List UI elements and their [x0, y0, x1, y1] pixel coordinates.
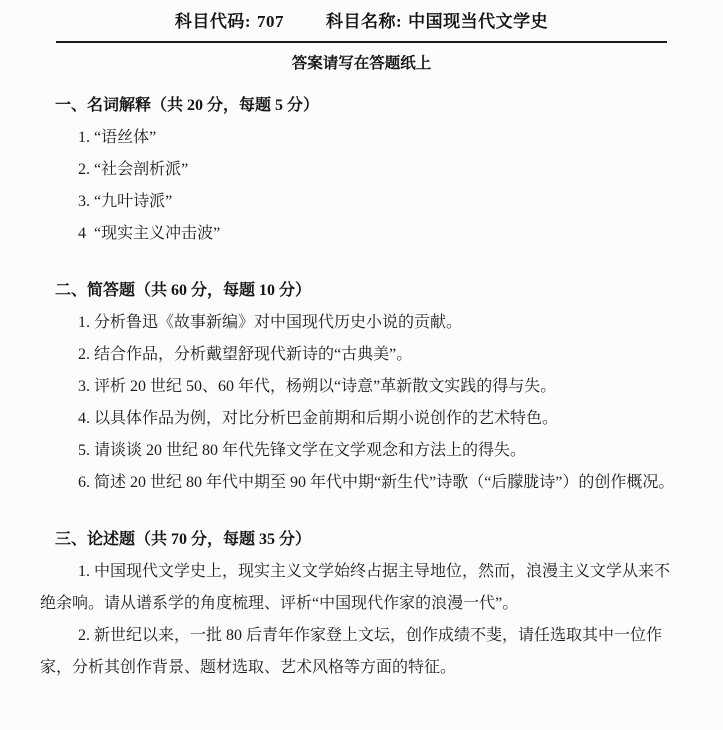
question-item: 1. 中国现代文学史上，现实主义文学始终占据主导地位，然而，浪漫主义文学从来不绝…: [40, 556, 685, 620]
paper-body: 一、名词解释（共 20 分，每题 5 分） 1. “语丝体” 2. “社会剖析派…: [40, 90, 685, 684]
question-item: 2. “社会剖析派”: [40, 154, 685, 186]
question-item: 3. “九叶诗派”: [40, 186, 685, 218]
subject-name-value: 中国现当代文学史: [408, 12, 548, 31]
question-item: 3. 评析 20 世纪 50、60 年代，杨朔以“诗意”革新散文实践的得与失。: [40, 371, 685, 403]
subject-name-label: 科目名称:: [326, 12, 402, 31]
section-2-heading: 二、简答题（共 60 分，每题 10 分）: [40, 275, 685, 307]
question-item: 5. 请谈谈 20 世纪 80 年代先锋文学在文学观念和方法上的得失。: [40, 435, 685, 467]
exam-paper: 科目代码:707科目名称:中国现当代文学史 答案请写在答题纸上 一、名词解释（共…: [0, 0, 723, 730]
question-item: 1. 分析鲁迅《故事新编》对中国现代历史小说的贡献。: [40, 307, 685, 339]
question-item: 6. 简述 20 世纪 80 年代中期至 90 年代中期“新生代”诗歌（“后朦胧…: [40, 467, 685, 499]
subject-code-label: 科目代码:: [175, 12, 251, 31]
header-divider: [56, 41, 667, 43]
section-short-answer: 二、简答题（共 60 分，每题 10 分） 1. 分析鲁迅《故事新编》对中国现代…: [40, 275, 685, 499]
question-item: 4 “现实主义冲击波”: [40, 218, 685, 250]
section-essay: 三、论述题（共 70 分，每题 35 分） 1. 中国现代文学史上，现实主义文学…: [40, 524, 685, 684]
section-3-heading: 三、论述题（共 70 分，每题 35 分）: [40, 524, 685, 556]
section-1-heading: 一、名词解释（共 20 分，每题 5 分）: [40, 90, 685, 122]
question-item: 2. 结合作品，分析戴望舒现代新诗的“古典美”。: [40, 339, 685, 371]
subject-code-value: 707: [257, 12, 284, 31]
paper-header: 科目代码:707科目名称:中国现当代文学史: [0, 0, 723, 34]
answer-notice: 答案请写在答题纸上: [0, 52, 723, 76]
question-item: 1. “语丝体”: [40, 122, 685, 154]
section-term-explanation: 一、名词解释（共 20 分，每题 5 分） 1. “语丝体” 2. “社会剖析派…: [40, 90, 685, 250]
question-item: 2. 新世纪以来，一批 80 后青年作家登上文坛，创作成绩不斐，请任选取其中一位…: [40, 620, 685, 684]
question-item: 4. 以具体作品为例，对比分析巴金前期和后期小说创作的艺术特色。: [40, 403, 685, 435]
